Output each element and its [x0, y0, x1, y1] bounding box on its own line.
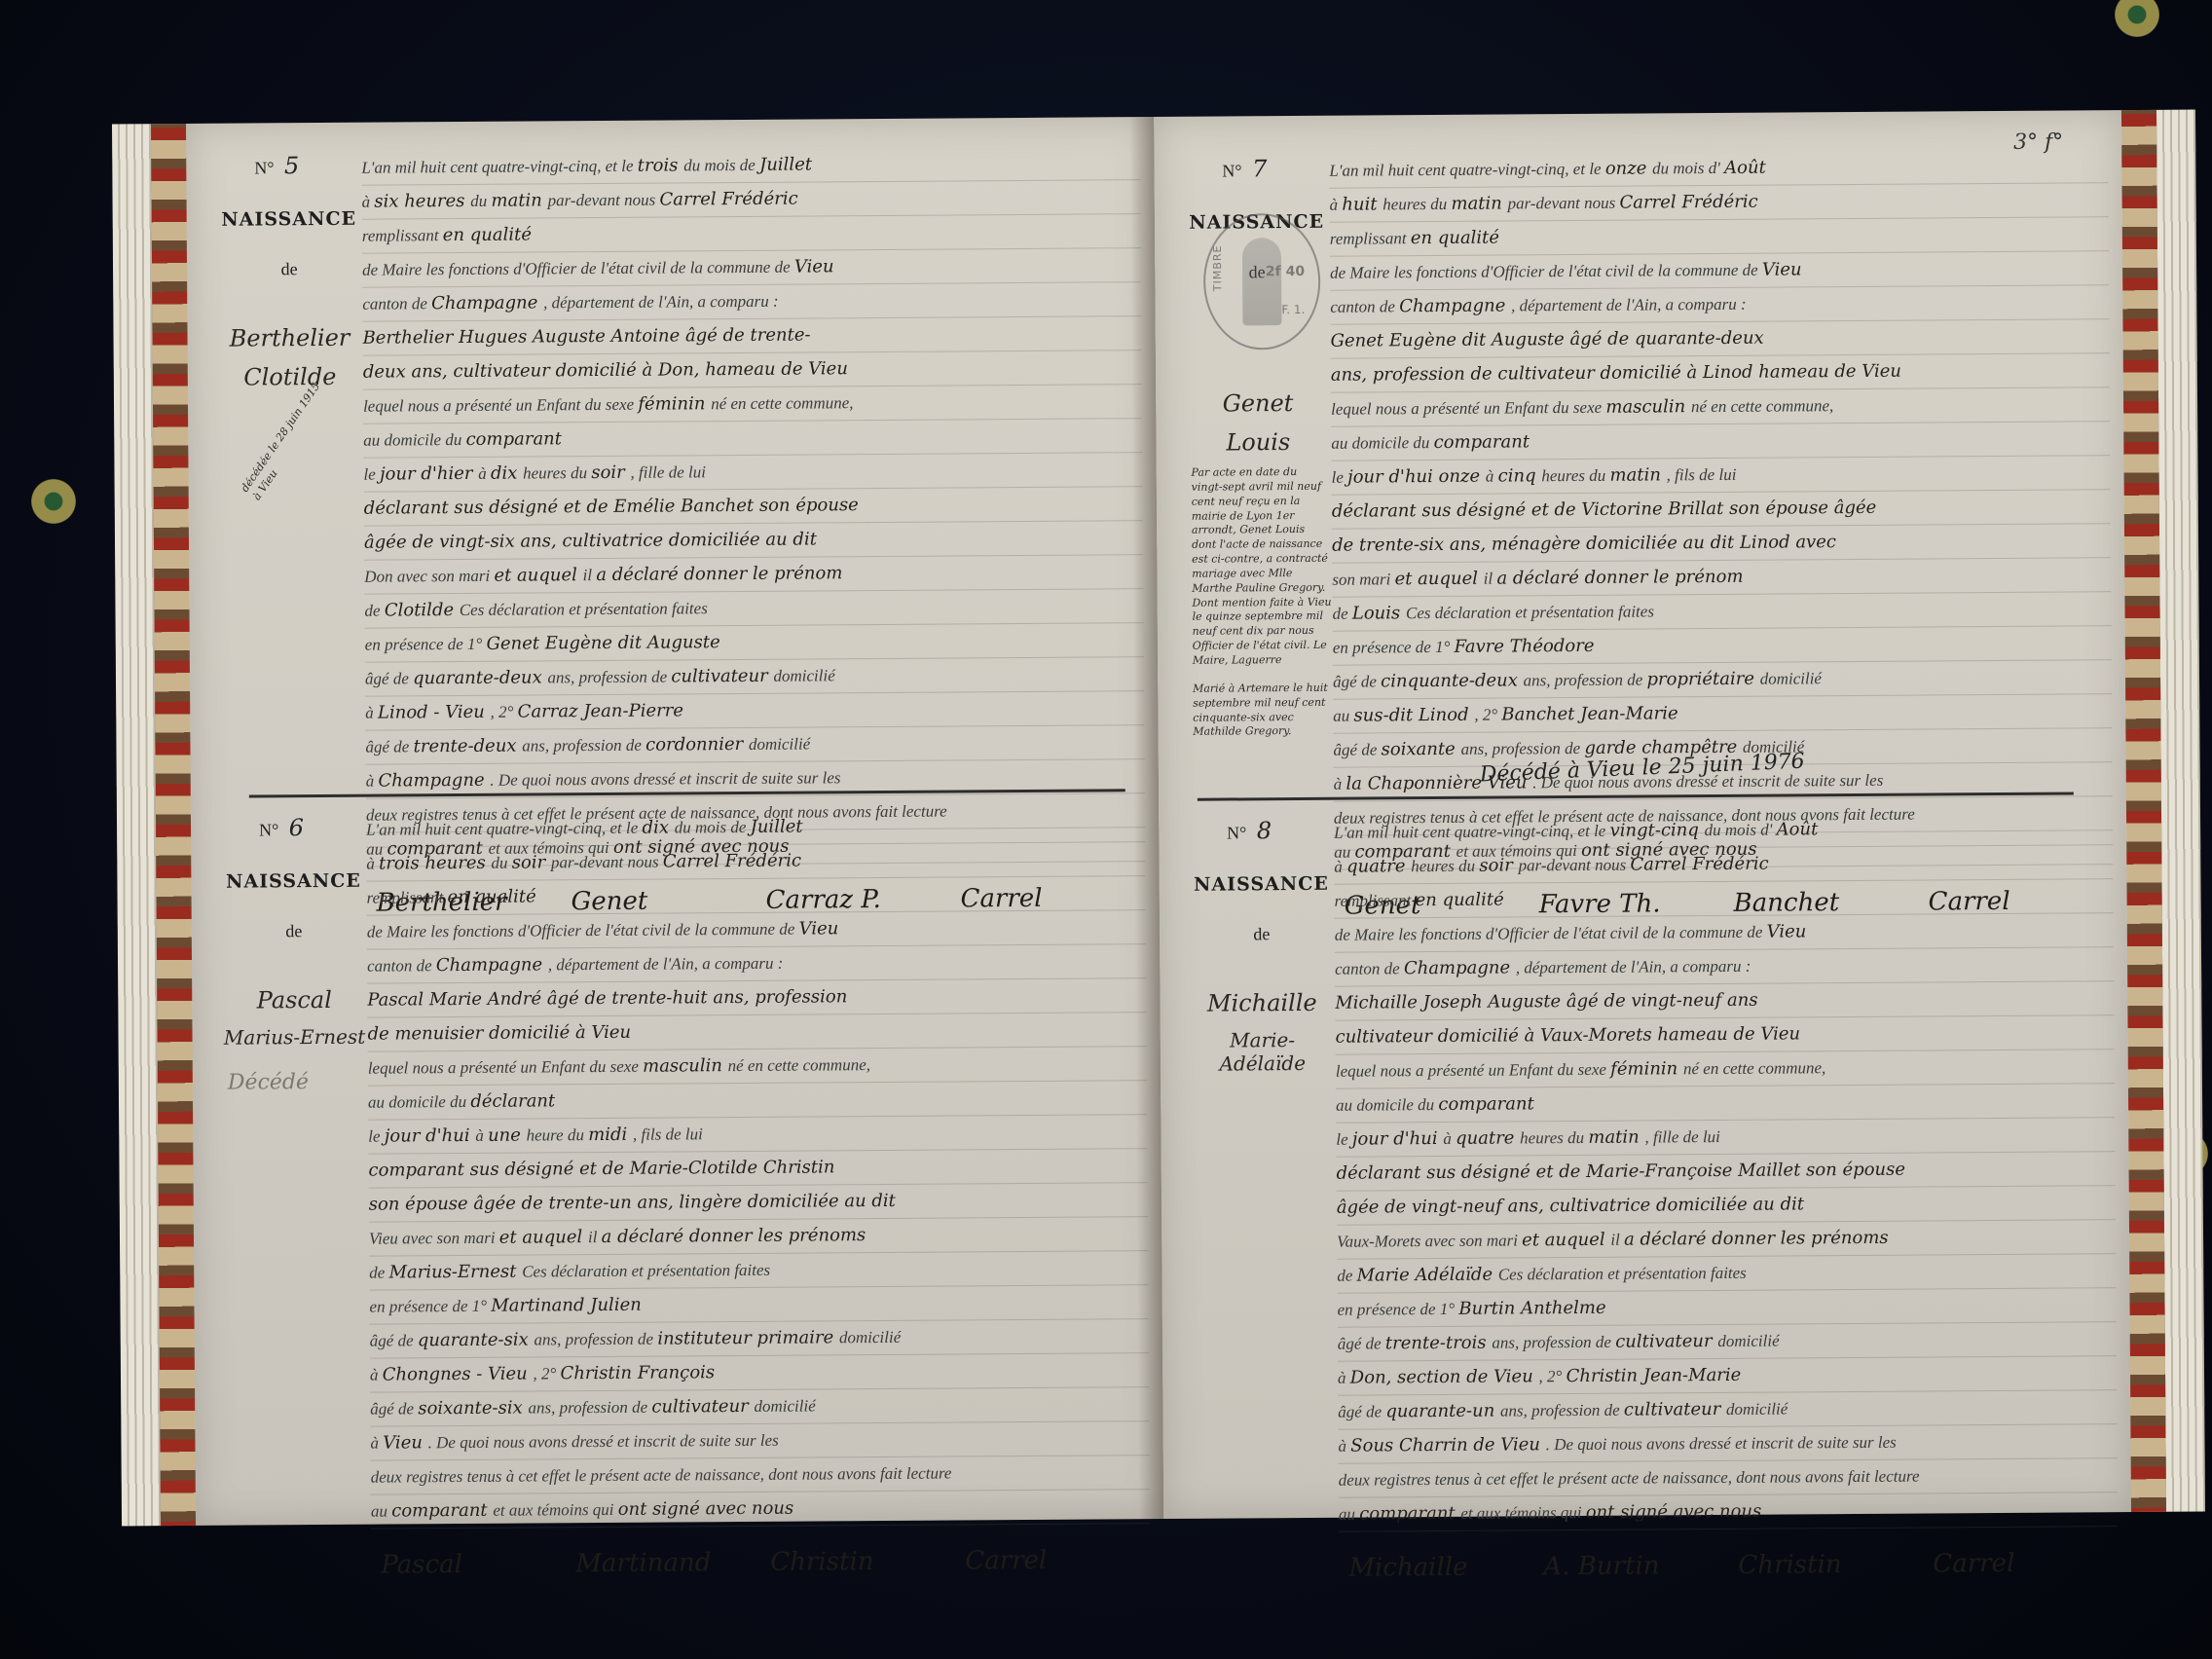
birth-act-5: N° 5 NAISSANCE de Berthelier Clotilde dé… [215, 146, 1150, 153]
handwritten-text: quarante-six [418, 1329, 535, 1350]
handwritten-text: Août [1724, 158, 1766, 178]
act-line: à Sous Charrin de Vieu . De quoi nous av… [1338, 1424, 2117, 1464]
printed-text: au domicile du [1331, 433, 1433, 453]
handwritten-text: jour d'hui [1352, 1128, 1444, 1150]
printed-text: lequel nous a présenté un Enfant du sexe [368, 1057, 643, 1078]
handwritten-text: ont signé avec nous [1586, 1501, 1762, 1523]
handwritten-text: jour d'hui onze [1347, 466, 1486, 488]
act-line: Berthelier Hugues Auguste Antoine âgé de… [362, 316, 1141, 356]
signature: Pascal [381, 1548, 462, 1582]
handwritten-text: Août [1777, 819, 1819, 839]
handwritten-text: Juillet [751, 817, 803, 837]
printed-text: lequel nous a présenté un Enfant du sexe [363, 395, 638, 416]
printed-text: , département de l'Ain, a comparu : [543, 292, 779, 313]
handwritten-text: Christin François [560, 1362, 715, 1383]
act-line: L'an mil huit cent quatre-vingt-cinq, et… [1329, 149, 2108, 189]
act-body: L'an mil huit cent quatre-vingt-cinq, et… [1334, 811, 2119, 1620]
handwritten-text: matin [1609, 464, 1666, 485]
act-line: âgé de soixante-six ans, profession de c… [370, 1387, 1149, 1427]
handwritten-text: et auquel [494, 565, 582, 586]
act-number: N° 6 [220, 814, 366, 842]
handwritten-text: cultivateur [651, 1396, 754, 1418]
printed-text: du [470, 192, 491, 210]
handwritten-text: masculin [643, 1055, 728, 1077]
handwritten-text: de trente-six ans, ménagère domiciliée a… [1332, 532, 1836, 556]
handwritten-text: et auquel [1522, 1230, 1610, 1251]
handwritten-text: Carrel Frédéric [663, 851, 801, 872]
printed-text: deux registres tenus à cet effet le prés… [1339, 1467, 1920, 1490]
printed-text: à [1334, 775, 1346, 793]
handwritten-text: Christin Jean-Marie [1566, 1365, 1741, 1386]
printed-text: au [1339, 1505, 1359, 1524]
handwritten-text: Carrel Frédéric [1619, 192, 1757, 213]
act-line: âgé de trente-trois ans, profession de c… [1338, 1322, 2117, 1362]
stamp-label: TIMBRE [1211, 245, 1224, 292]
handwritten-text: Marius-Ernest [388, 1262, 522, 1283]
act-line: âgée de vingt-six ans, cultivatrice domi… [364, 521, 1143, 561]
left-page: N° 5 NAISSANCE de Berthelier Clotilde dé… [151, 117, 1163, 1526]
signature: A. Burtin [1543, 1549, 1659, 1583]
handwritten-text: cordonnier [645, 734, 749, 756]
signatures: MichailleA. BurtinChristinCarrel [1339, 1536, 2119, 1620]
printed-text: domicilié [749, 734, 810, 753]
handwritten-text: Vieu [1767, 921, 1807, 941]
act-line: âgée de vingt-neuf ans, cultivatrice dom… [1337, 1186, 2116, 1226]
handwritten-text: huit [1342, 194, 1382, 214]
handwritten-text: de menuisier domicilié à Vieu [367, 1022, 631, 1045]
act-line: en présence de 1° Genet Eugène dit Augus… [365, 623, 1144, 663]
handwritten-text: en qualité [1411, 228, 1499, 249]
act-line: au domicile du comparant [1331, 422, 2110, 461]
handwritten-text: Carrel Frédéric [659, 189, 797, 210]
act-line: en présence de 1° Favre Théodore [1333, 626, 2112, 666]
handwritten-text: déclarant sus désigné et de Emélie Banch… [364, 495, 859, 519]
act-line: deux registres tenus à cet effet le prés… [371, 1456, 1150, 1495]
handwritten-text: Favre Théodore [1455, 636, 1595, 657]
handwritten-text: ans, profession de cultivateur domicilié… [1331, 361, 1901, 386]
act-line: de trente-six ans, ménagère domiciliée a… [1332, 524, 2111, 564]
printed-text: du mois de [675, 818, 751, 837]
printed-text: il [1484, 570, 1497, 588]
act-line: comparant sus désigné et de Marie-Clotil… [368, 1149, 1147, 1189]
act-line: Don avec son mari et auquel il a déclaré… [364, 555, 1143, 595]
handwritten-text: a déclaré donner le prénom [1496, 567, 1743, 589]
act-line: le jour d'hier à dix heures du soir , fi… [363, 453, 1142, 493]
act-line: au comparant et aux témoins qui ont sign… [1339, 1493, 2118, 1532]
act-line: Genet Eugène dit Auguste âgé de quarante… [1330, 319, 2109, 359]
handwritten-text: Sous Charrin de Vieu [1350, 1434, 1546, 1456]
printed-text: âgé de [365, 737, 413, 756]
printed-text: ans, profession de [1524, 670, 1647, 689]
printed-text: âgé de [1333, 672, 1381, 690]
act-line: remplissant en qualité [1330, 217, 2109, 257]
printed-text: . De quoi nous avons dressé et inscrit d… [428, 1431, 779, 1453]
handwritten-text: trois heures [379, 853, 492, 874]
handwritten-text: Berthelier Hugues Auguste Antoine âgé de… [362, 324, 810, 348]
handwritten-text: propriétaire [1646, 669, 1759, 690]
printed-text: âgé de [365, 669, 413, 687]
act-line: canton de Champagne , département de l'A… [1330, 285, 2109, 325]
stamp-sub: F. 1. [1281, 303, 1305, 316]
act-line: au sus-dit Linod , 2° Banchet Jean-Marie [1333, 694, 2112, 734]
handwritten-text: trente-deux [413, 736, 522, 757]
act-line: à Chongnes - Vieu , 2° Christin François [370, 1353, 1149, 1393]
printed-text: à [365, 704, 378, 722]
child-surname: Michaille [1189, 989, 1335, 1017]
printed-text: du mois d' [1652, 159, 1724, 178]
printed-text: heures du [523, 463, 591, 482]
printed-text: L'an mil huit cent quatre-vingt-cinq, et… [361, 157, 638, 177]
act-line: son mari et auquel il a déclaré donner l… [1332, 558, 2111, 598]
printed-text: il [588, 1228, 602, 1246]
printed-text: , fils de lui [633, 1124, 703, 1144]
act-line: de Clotilde Ces déclaration et présentat… [364, 589, 1143, 629]
act-line: déclarant sus désigné et de Emélie Banch… [364, 487, 1143, 527]
handwritten-text: comparant [465, 428, 562, 450]
handwritten-text: Burtin Anthelme [1458, 1298, 1605, 1319]
printed-text: . De quoi nous avons dressé et inscrit d… [1546, 1433, 1897, 1455]
handwritten-text: âgée de vingt-neuf ans, cultivatrice dom… [1337, 1194, 1804, 1217]
printed-text: à [1443, 1129, 1456, 1148]
margin-death-note: décédée le 28 juin 1915 à Vieu [235, 380, 336, 508]
act-line: au domicile du comparant [363, 419, 1142, 459]
printed-text: de [1337, 1267, 1356, 1285]
handwritten-text: quarante-deux [413, 667, 548, 688]
handwritten-text: son épouse âgée de trente-un ans, lingèr… [369, 1191, 896, 1215]
margin-marriage-note: Par acte en date du vingt-sept avril mil… [1185, 465, 1332, 669]
act-line: à trois heures du soir par-devant nous C… [366, 842, 1145, 882]
handwritten-text: Genet Eugène dit Auguste âgé de quarante… [1331, 328, 1764, 351]
handwritten-text: Champagne [436, 954, 548, 976]
printed-text: à [1338, 1437, 1350, 1456]
act-line: âgé de trente-deux ans, profession de co… [365, 725, 1144, 765]
act-line: Pascal Marie André âgé de trente-huit an… [367, 978, 1146, 1018]
printed-text: âgé de [370, 1331, 418, 1349]
printed-text: , 2° [491, 703, 518, 721]
act-line: au comparant et aux témoins qui ont sign… [371, 1490, 1150, 1530]
right-page: 3° f° N° 7 NAISSANCE de TIMBRE 2f 40 F. … [1154, 110, 2166, 1519]
printed-text: de [369, 1264, 388, 1282]
printed-text: domicilié [839, 1328, 901, 1346]
printed-text: par-devant nous [551, 853, 663, 872]
printed-text: né en cette commune, [1683, 1058, 1825, 1078]
printed-text: à [1334, 858, 1346, 876]
printed-text: ans, profession de [534, 1330, 657, 1349]
handwritten-text: a déclaré donner les prénoms [602, 1225, 866, 1247]
printed-text: , département de l'Ain, a comparu : [1511, 295, 1747, 315]
printed-text: au domicile du [368, 1092, 470, 1112]
handwritten-text: comparant [1434, 431, 1530, 453]
handwritten-text: matin [491, 190, 547, 210]
act-line: à Linod - Vieu , 2° Carraz Jean-Pierre [365, 691, 1144, 731]
tax-stamp: TIMBRE 2f 40 F. 1. [1203, 213, 1321, 350]
printed-text: canton de [362, 294, 431, 313]
handwritten-text: dix [491, 463, 523, 484]
handwritten-text: Champagne [378, 770, 490, 792]
handwritten-text: dix [642, 817, 674, 837]
handwritten-text: déclarant [470, 1090, 555, 1112]
printed-text: le [363, 465, 380, 484]
handwritten-text: comparant [1438, 1093, 1534, 1115]
printed-text: par-devant nous [1508, 194, 1620, 213]
handwritten-text: Don, section de Vieu [1350, 1366, 1539, 1387]
printed-text: Vieu avec son mari [369, 1229, 499, 1248]
handwritten-text: Genet Eugène dit Auguste [486, 632, 719, 654]
printed-text: deux registres tenus à cet effet le prés… [371, 1464, 952, 1487]
printed-text: le [368, 1127, 385, 1146]
act-line: de Maire les fonctions d'Officier de l'é… [1335, 913, 2114, 953]
printed-text: heure du [527, 1125, 589, 1144]
printed-text: canton de [1330, 297, 1399, 315]
printed-text: remplissant [1335, 891, 1416, 910]
handwritten-text: cultivateur [1615, 1331, 1717, 1352]
handwritten-text: cultivateur domicilié à Vaux-Morets hame… [1336, 1023, 1801, 1047]
act-number: N° 7 [1183, 155, 1329, 183]
act-line: deux ans, cultivateur domicilié à Don, h… [363, 350, 1142, 390]
signature: Michaille [1348, 1551, 1467, 1585]
handwritten-text: quatre [1346, 856, 1411, 876]
stamp-value: 2f 40 [1266, 264, 1305, 279]
handwritten-text: Vieu [794, 256, 834, 276]
tablecloth-flower-decoration [2103, 0, 2171, 49]
child-surname: Berthelier [216, 324, 362, 352]
handwritten-text: et auquel [499, 1227, 588, 1248]
printed-text: de Maire les fonctions d'Officier de l'é… [1335, 923, 1767, 944]
printed-text: en présence de 1° [365, 635, 487, 654]
handwritten-text: cultivateur [1624, 1399, 1726, 1420]
handwritten-text: Champagne [431, 292, 543, 313]
printed-text: au domicile du [363, 430, 465, 450]
printed-text: le [1336, 1130, 1352, 1149]
printed-text: à [1486, 467, 1498, 486]
handwritten-text: en qualité [443, 224, 532, 245]
printed-text: en présence de 1° [1333, 638, 1455, 657]
act-line: de Marie Adélaïde Ces déclaration et pré… [1337, 1254, 2116, 1294]
handwritten-text: et auquel [1394, 569, 1483, 590]
handwritten-text: Banchet Jean-Marie [1501, 703, 1677, 724]
act-margin: N° 8 NAISSANCE de Michaille Marie-Adélaï… [1188, 817, 1336, 1076]
act-line: déclarant sus désigné et de Victorine Br… [1332, 490, 2111, 530]
act-de: de [1189, 924, 1335, 945]
handwritten-text: cinquante-deux [1381, 670, 1524, 691]
act-number: N° 5 [215, 152, 361, 180]
act-line: deux registres tenus à cet effet le prés… [1339, 1458, 2118, 1498]
printed-text: à [1338, 1369, 1350, 1387]
handwritten-text: cinq [1498, 465, 1542, 486]
act-line: cultivateur domicilié à Vaux-Morets hame… [1335, 1015, 2114, 1055]
printed-text: ans, profession de [1460, 739, 1584, 758]
printed-text: âgé de [1333, 740, 1381, 758]
printed-text: de Maire les fonctions d'Officier de l'é… [1330, 261, 1762, 282]
handwritten-text: masculin [1605, 396, 1691, 418]
tablecloth-flower-decoration [19, 467, 88, 535]
printed-text: du [491, 854, 511, 872]
act-line: au domicile du comparant [1336, 1084, 2115, 1124]
act-line: le jour d'hui à quatre heures du matin ,… [1336, 1118, 2115, 1158]
handwritten-text: soixante-six [418, 1398, 528, 1419]
printed-text: ans, profession de [522, 736, 645, 756]
act-line: âgé de quarante-deux ans, profession de … [365, 657, 1144, 697]
act-line: de menuisier domicilié à Vieu [367, 1013, 1146, 1052]
child-given-name: Louis [1185, 428, 1331, 457]
printed-text: son mari [1332, 570, 1394, 588]
act-line: de Louis Ces déclaration et présentation… [1332, 592, 2111, 632]
printed-text: remplissant [362, 226, 443, 245]
printed-text: né en cette commune, [728, 1055, 870, 1075]
printed-text: ans, profession de [1500, 1401, 1624, 1420]
act-line: à quatre heures du soir par-devant nous … [1334, 845, 2113, 885]
printed-text: par-devant nous [548, 191, 660, 210]
printed-text: et aux témoins qui [493, 1500, 618, 1520]
act-line: de Maire les fonctions d'Officier de l'é… [362, 248, 1141, 288]
act-line: âgé de cinquante-deux ans, profession de… [1333, 660, 2112, 700]
act-title: NAISSANCE [220, 870, 366, 893]
act-line: canton de Champagne , département de l'A… [367, 944, 1146, 984]
act-line: remplissant en qualité [362, 214, 1141, 254]
handwritten-text: comparant [391, 1500, 493, 1522]
act-line: lequel nous a présenté un Enfant du sexe… [368, 1047, 1147, 1087]
printed-text: en présence de 1° [1337, 1300, 1458, 1319]
handwritten-text: féminin [1610, 1058, 1683, 1080]
printed-text: domicilié [1717, 1332, 1779, 1350]
act-line: en présence de 1° Burtin Anthelme [1337, 1288, 2116, 1328]
printed-text: domicilié [754, 1396, 815, 1415]
printed-text: le [1331, 468, 1347, 487]
act-line: à huit heures du matin par-devant nous C… [1329, 183, 2108, 223]
printed-text: ans, profession de [1492, 1333, 1615, 1352]
handwritten-text: quatre [1456, 1127, 1520, 1148]
printed-text: , fille de lui [1644, 1127, 1720, 1147]
handwritten-text: soir [591, 462, 630, 483]
printed-text: domicilié [1726, 1400, 1788, 1419]
handwritten-text: déclarant sus désigné et de Victorine Br… [1332, 498, 1877, 522]
printed-text: du mois d' [1705, 821, 1777, 840]
child-surname: Genet [1185, 389, 1331, 418]
handwritten-text: Vieu [799, 918, 839, 939]
printed-text: , 2° [1538, 1367, 1566, 1385]
act-line: en présence de 1° Martinand Julien [369, 1285, 1148, 1325]
printed-text: Ces déclaration et présentation faites [460, 599, 708, 619]
printed-text: . De quoi nous avons dressé et inscrit d… [490, 768, 840, 790]
printed-text: au [1333, 707, 1353, 725]
handwritten-text: Carraz Jean-Pierre [518, 700, 683, 721]
handwritten-text: trente-trois [1385, 1333, 1493, 1354]
act-title: NAISSANCE [216, 208, 362, 231]
printed-text: de [1332, 605, 1351, 623]
printed-text: Ces déclaration et présentation faites [1406, 602, 1654, 622]
printed-text: , département de l'Ain, a comparu : [1516, 957, 1751, 977]
handwritten-text: jour d'hier [380, 463, 478, 485]
handwritten-text: cultivateur [671, 666, 773, 687]
act-line: le jour d'hui onze à cinq heures du mati… [1331, 456, 2110, 496]
handwritten-text: vingt-cinq [1609, 820, 1704, 841]
handwritten-text: trois [638, 155, 684, 175]
child-given-name: Marius-Ernest [221, 1025, 367, 1050]
signature: Martinand [575, 1546, 711, 1580]
printed-text: il [1610, 1231, 1624, 1249]
act-line: lequel nous a présenté un Enfant du sexe… [1336, 1050, 2115, 1089]
printed-text: , 2° [533, 1364, 560, 1382]
handwritten-text: en qualité [447, 886, 535, 907]
act-line: son épouse âgée de trente-un ans, lingèr… [369, 1183, 1148, 1223]
handwritten-text: midi [588, 1124, 633, 1145]
act-line: à six heures du matin par-devant nous Ca… [361, 180, 1140, 220]
printed-text: Ces déclaration et présentation faites [522, 1261, 770, 1281]
act-line: âgé de quarante-six ans, profession de i… [370, 1319, 1149, 1359]
act-margin: N° 5 NAISSANCE de Berthelier Clotilde dé… [215, 152, 363, 460]
handwritten-text: quarante-un [1385, 1401, 1500, 1422]
handwritten-text: en qualité [1415, 890, 1503, 911]
printed-text: du mois de [683, 156, 759, 175]
margin-marriage-note-2: Marié à Artemare le huit septembre mil n… [1187, 682, 1333, 740]
printed-text: domicilié [1760, 669, 1822, 687]
printed-text: heures du [1520, 1128, 1588, 1147]
act-de: de [216, 259, 362, 280]
handwritten-text: âgée de vingt-six ans, cultivatrice domi… [364, 529, 817, 552]
printed-text: à [366, 772, 379, 791]
handwritten-text: comparant sus désigné et de Marie-Clotil… [368, 1157, 834, 1180]
printed-text: , fils de lui [1667, 465, 1737, 485]
printed-text: à [478, 464, 491, 483]
child-given-name: Marie-Adélaïde [1190, 1028, 1336, 1076]
printed-text: L'an mil huit cent quatre-vingt-cinq, et… [366, 819, 643, 839]
handwritten-text: soir [512, 852, 551, 872]
handwritten-text: six heures [374, 191, 470, 212]
handwritten-text: Louis [1352, 603, 1406, 623]
printed-text: il [583, 566, 597, 584]
signatures: PascalMartinandChristinCarrel [371, 1533, 1151, 1617]
handwritten-text: Carrel Frédéric [1630, 854, 1768, 875]
act-line: à Don, section de Vieu , 2° Christin Jea… [1338, 1356, 2117, 1396]
handwritten-text: Juillet [759, 154, 812, 174]
printed-text: âgé de [1338, 1402, 1385, 1420]
printed-text: , 2° [1474, 706, 1501, 724]
printed-text: en présence de 1° [369, 1297, 491, 1316]
handwritten-text: soixante [1382, 739, 1461, 760]
printed-text: lequel nous a présenté un Enfant du sexe [1336, 1060, 1610, 1081]
handwritten-text: matin [1451, 193, 1507, 213]
handwritten-text: sus-dit Linod [1353, 705, 1474, 726]
signature: Christin [770, 1545, 873, 1579]
act-line: Vaux-Morets avec son mari et auquel il a… [1337, 1220, 2116, 1260]
child-surname: Pascal [221, 986, 367, 1014]
act-line: lequel nous a présenté un Enfant du sexe… [363, 385, 1142, 424]
printed-text: à [361, 193, 374, 211]
handwritten-text: a déclaré donner les prénoms [1624, 1228, 1889, 1250]
handwritten-text: Vieu [383, 1432, 428, 1453]
handwritten-text: soir [1479, 855, 1518, 875]
act-line: canton de Champagne , département de l'A… [1335, 947, 2114, 987]
act-line: L'an mil huit cent quatre-vingt-cinq, et… [366, 808, 1145, 848]
printed-text: remplissant [366, 888, 447, 907]
printed-text: né en cette commune, [1691, 396, 1833, 416]
printed-text: canton de [1335, 959, 1404, 977]
act-line: Vieu avec son mari et auquel il a déclar… [369, 1217, 1148, 1257]
act-line: remplissant en qualité [366, 876, 1145, 916]
printed-text: à [370, 1434, 383, 1453]
handwritten-text: instituteur primaire [657, 1327, 839, 1348]
printed-text: , fille de lui [630, 462, 706, 482]
handwritten-text: ont signé avec nous [618, 1498, 794, 1520]
handwritten-text: Champagne [1399, 295, 1511, 316]
signature: Carrel [1933, 1547, 2014, 1581]
printed-text: domicilié [773, 666, 834, 684]
handwritten-text: Linod - Vieu [378, 702, 491, 723]
act-line: L'an mil huit cent quatre-vingt-cinq, et… [1334, 811, 2113, 851]
handwritten-text: Champagne [1404, 957, 1516, 978]
handwritten-text: Marie Adélaïde [1357, 1265, 1498, 1286]
handwritten-text: féminin [638, 393, 711, 415]
